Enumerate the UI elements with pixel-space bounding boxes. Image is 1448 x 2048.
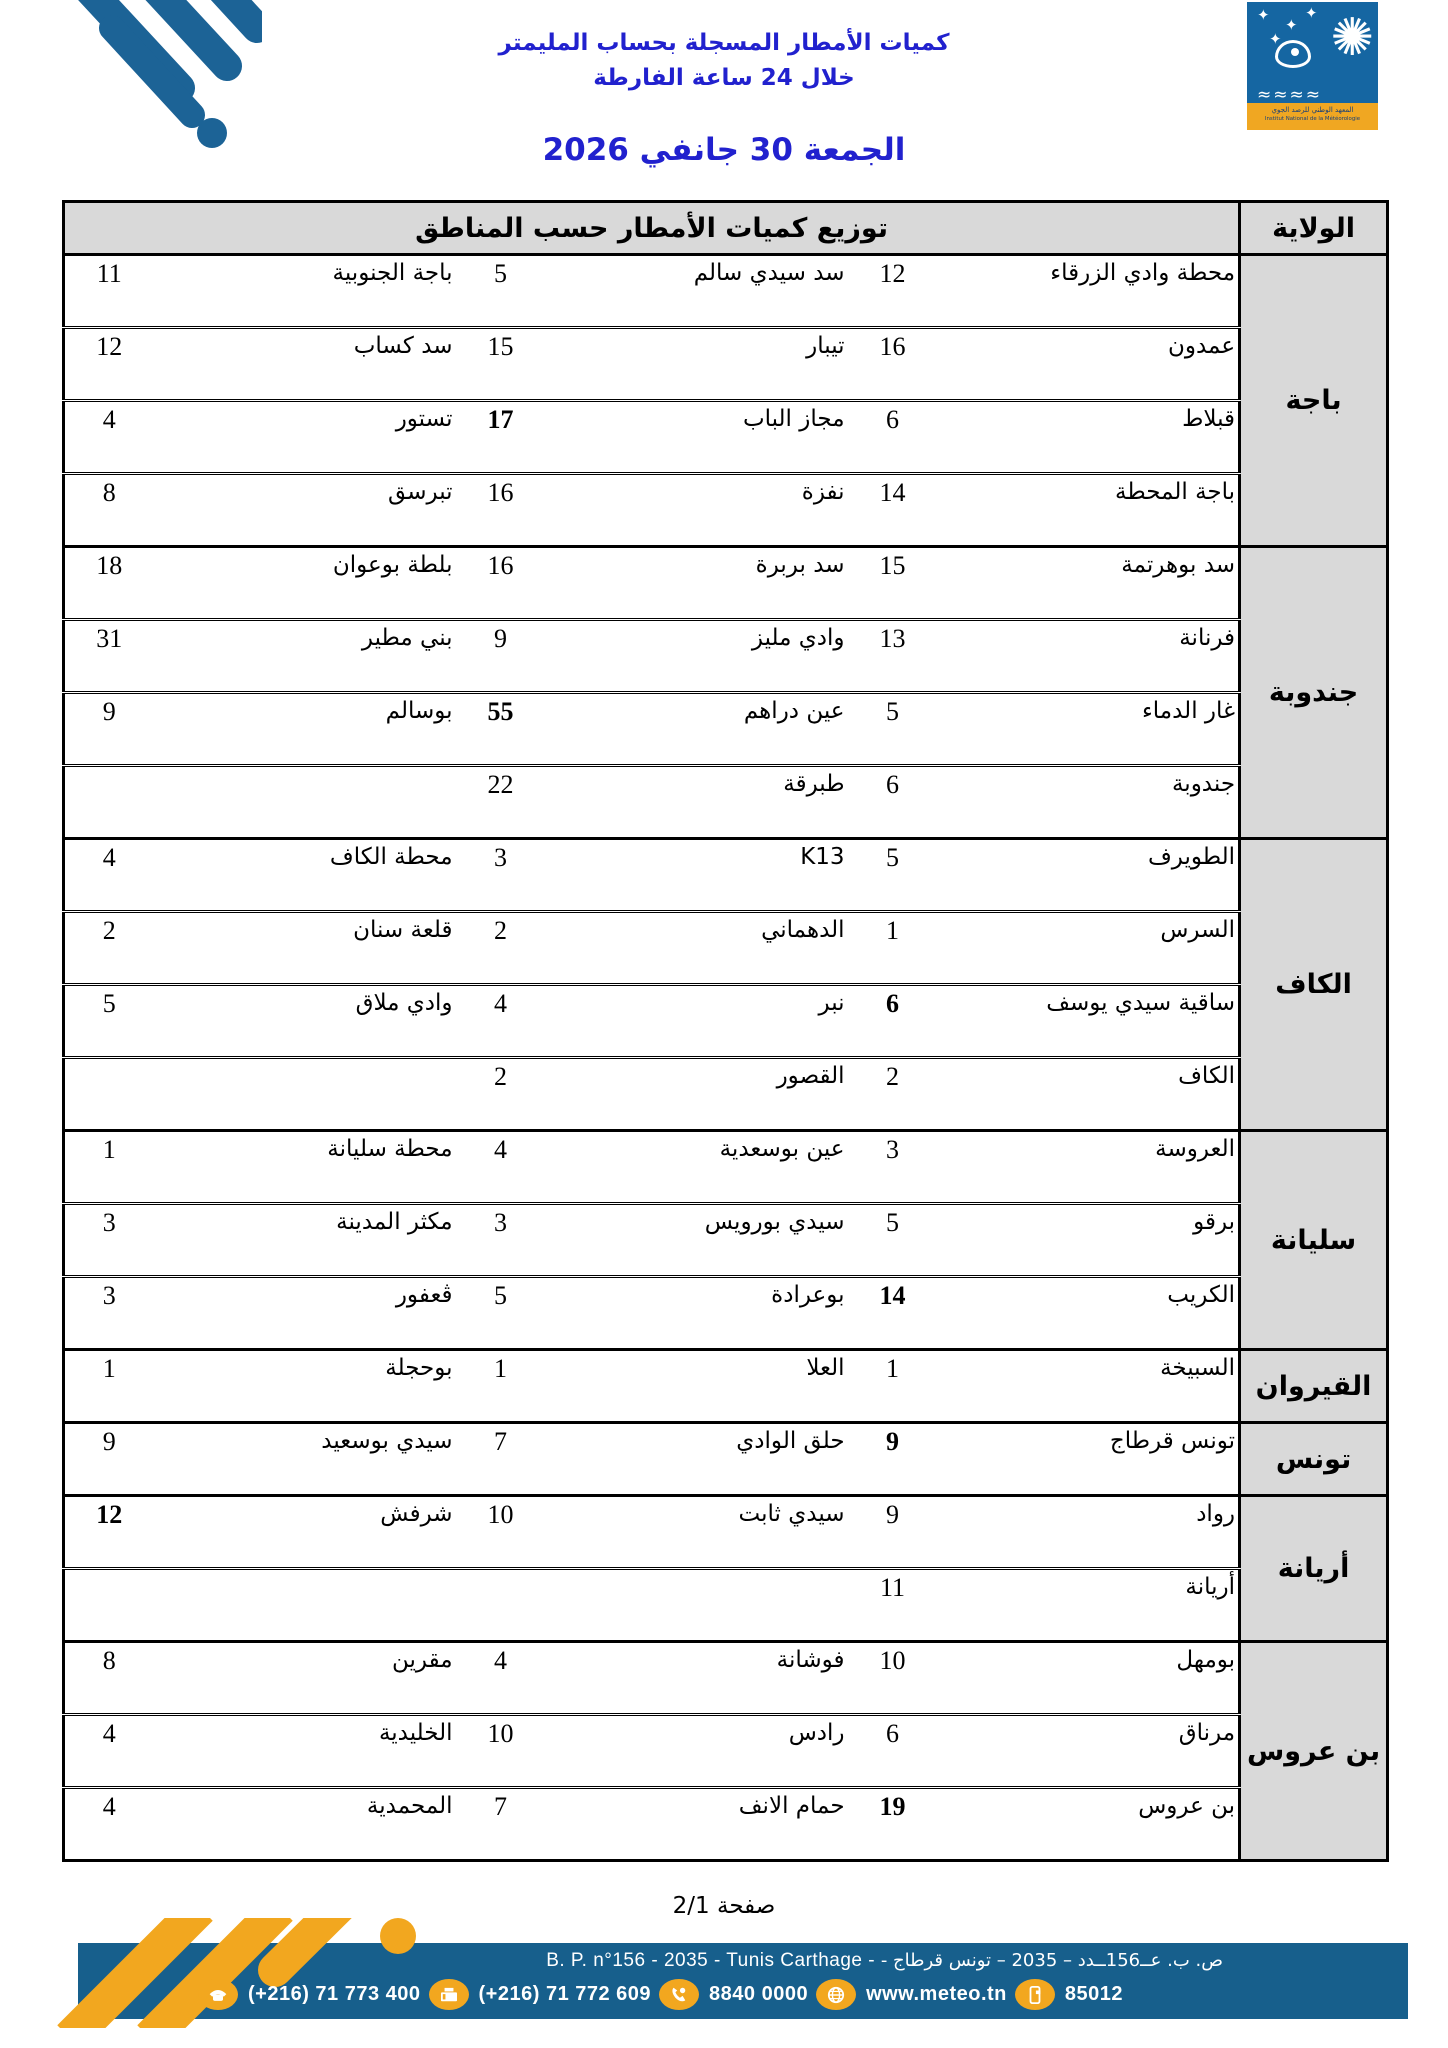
rainfall-value-cell: 18 [64,547,154,620]
rainfall-value-cell: 1 [456,1350,546,1423]
station-name-cell: قبلاط [938,401,1240,474]
rainfall-value-cell: 16 [456,474,546,547]
table-row: تونستونس قرطاج9حلق الوادي7سيدي بوسعيد9 [64,1423,1388,1496]
station-name-cell: باجة المحطة [938,474,1240,547]
station-name-cell: سد بوهرتمة [938,547,1240,620]
rainfall-value-cell [64,1058,154,1131]
rainfall-value-cell: 8 [64,474,154,547]
station-name-cell: بوعرادة [546,1277,848,1350]
station-name-cell [154,1569,456,1642]
station-name-cell: القصور [546,1058,848,1131]
wilaya-cell: سليانة [1240,1131,1388,1350]
wilaya-cell: أريانة [1240,1496,1388,1642]
inm-name-french: Institut National de la Météorologie [1254,115,1372,121]
inm-logo-emblem: ✺ ✦ ✦ ✦ ✦ ≈≈≈≈ [1247,2,1378,103]
table-row: عمدون16تيبار15سد كساب12 [64,328,1388,401]
footer-contact-label: (+216) 71 772 609 [479,1983,652,2006]
station-name-cell: بن عروس [938,1788,1240,1861]
rainfall-value-cell: 3 [848,1131,938,1204]
footer-contacts: (+216) 71 773 400(+216) 71 772 6098840 0… [198,1979,1123,2010]
rainfall-value-cell: 16 [456,547,546,620]
station-name-cell: نفزة [546,474,848,547]
waves-icon: ≈≈≈≈ [1257,85,1322,103]
rainfall-value-cell: 10 [456,1715,546,1788]
rainfall-value-cell: 55 [456,693,546,766]
rainfall-value-cell: 4 [456,1131,546,1204]
table-row: الكافالطويرف5K133محطة الكاف4 [64,839,1388,912]
wilaya-cell: تونس [1240,1423,1388,1496]
station-name-cell: الطويرف [938,839,1240,912]
document-date: الجمعة 30 جانفي 2026 [0,132,1448,168]
station-name-cell: ڨعفور [154,1277,456,1350]
rainfall-value-cell: 22 [456,766,546,839]
rainfall-value-cell: 3 [64,1277,154,1350]
rainfall-value-cell: 3 [64,1204,154,1277]
wilaya-cell: الكاف [1240,839,1388,1131]
rainfall-value-cell: 5 [848,839,938,912]
footer-stripes-decoration [40,1918,480,2028]
station-name-cell [154,766,456,839]
station-name-cell: الدهماني [546,912,848,985]
rainfall-value-cell: 8 [64,1642,154,1715]
star-icon: ✦ [1257,6,1270,24]
station-name-cell: تبرسق [154,474,456,547]
footer-address-arabic: ص. ب. عــ156ــدد – 2035 – تونس قرطاج - [881,1950,1223,1971]
title-line1: كميات الأمطار المسجلة بحساب المليمتر [0,26,1448,61]
station-name-cell: السبيخة [938,1350,1240,1423]
station-name-cell: بومهل [938,1642,1240,1715]
station-name-cell: مقرين [154,1642,456,1715]
rainfall-value-cell: 6 [848,401,938,474]
table-row: جندوبة6طبرقة22 [64,766,1388,839]
station-name-cell: بلطة بوعوان [154,547,456,620]
station-name-cell: حلق الوادي [546,1423,848,1496]
call-icon [659,1979,699,2010]
document-title: كميات الأمطار المسجلة بحساب المليمتر خلا… [0,26,1448,96]
inm-logo: ✺ ✦ ✦ ✦ ✦ ≈≈≈≈ المعهد الوطني للرصد الجوي… [1247,2,1378,130]
footer-contact-label: 85012 [1065,1983,1123,2006]
rainfall-value-cell: 6 [848,1715,938,1788]
station-name-cell: قلعة سنان [154,912,456,985]
station-name-cell: محطة سليانة [154,1131,456,1204]
station-name-cell: ساقية سيدي يوسف [938,985,1240,1058]
table-header-row: الولاية توزيع كميات الأمطار حسب المناطق [64,202,1388,255]
footer-contact-item: 85012 [1015,1979,1123,2010]
globe-icon [816,1979,856,2010]
table-row: بن عروس19حمام الانف7المحمدية4 [64,1788,1388,1861]
station-name-cell: مرناق [938,1715,1240,1788]
star-icon: ✦ [1285,16,1298,34]
footer-contact-label: 8840 0000 [709,1983,808,2006]
rainfall-value-cell: 13 [848,620,938,693]
station-name-cell: فرنانة [938,620,1240,693]
station-name-cell: سيدي ثابت [546,1496,848,1569]
rainfall-value-cell: 2 [456,1058,546,1131]
sun-swirl-dot [1291,48,1299,56]
rainfall-value-cell: 1 [64,1350,154,1423]
footer-contact-item: www.meteo.tn [816,1979,1007,2010]
rainfall-value-cell: 19 [848,1788,938,1861]
station-name-cell: الكريب [938,1277,1240,1350]
station-name-cell: وادي مليز [546,620,848,693]
rainfall-table-body: باجةمحطة وادي الزرقاء12سد سيدي سالم5باجة… [64,255,1388,1861]
table-row: سليانةالعروسة3عين بوسعدية4محطة سليانة1 [64,1131,1388,1204]
rainfall-table: الولاية توزيع كميات الأمطار حسب المناطق … [62,200,1389,1862]
station-name-cell: محطة وادي الزرقاء [938,255,1240,328]
footer-address: B. P. n°156 - 2035 - Tunis Carthage - ص.… [546,1950,1223,1972]
rainfall-value-cell: 9 [64,1423,154,1496]
rainfall-value-cell: 5 [456,255,546,328]
station-name-cell [546,1569,848,1642]
rainfall-value-cell: 3 [456,1204,546,1277]
rainfall-value-cell: 16 [848,328,938,401]
station-name-cell: تيبار [546,328,848,401]
rainfall-value-cell: 2 [456,912,546,985]
station-name-cell: سيدي بورويس [546,1204,848,1277]
rainfall-value-cell: 9 [848,1496,938,1569]
station-name-cell: أريانة [938,1569,1240,1642]
station-name-cell: رادس [546,1715,848,1788]
rainfall-value-cell: 5 [456,1277,546,1350]
rainfall-value-cell: 2 [848,1058,938,1131]
rainfall-value-cell: 15 [456,328,546,401]
rainfall-value-cell: 9 [456,620,546,693]
footer-contact-item: (+216) 71 773 400 [198,1979,421,2010]
table-row: أريانة11 [64,1569,1388,1642]
footer-contact-item: 8840 0000 [659,1979,808,2010]
title-line2: خلال 24 ساعة الفارطة [0,61,1448,96]
inm-name-arabic: المعهد الوطني للرصد الجوي [1247,103,1378,115]
rainfall-value-cell: 4 [456,985,546,1058]
rainfall-value-cell: 10 [456,1496,546,1569]
rainfall-value-cell: 10 [848,1642,938,1715]
table-row: ساقية سيدي يوسف6نبر4وادي ملاق5 [64,985,1388,1058]
table-row: الكاف2القصور2 [64,1058,1388,1131]
rainfall-value-cell: 7 [456,1423,546,1496]
star-icon: ✦ [1305,4,1318,22]
footer-address-latin: B. P. n°156 - 2035 - Tunis Carthage - [546,1950,875,1971]
table-row: أريانةرواد9سيدي ثابت10شرفش12 [64,1496,1388,1569]
station-name-cell: رواد [938,1496,1240,1569]
wilaya-cell: جندوبة [1240,547,1388,839]
rainfall-value-cell: 4 [456,1642,546,1715]
station-name-cell [154,1058,456,1131]
table-row: باجةمحطة وادي الزرقاء12سد سيدي سالم5باجة… [64,255,1388,328]
station-name-cell: عمدون [938,328,1240,401]
rainfall-value-cell: 5 [848,693,938,766]
station-name-cell: عين دراهم [546,693,848,766]
rainfall-value-cell: 12 [64,328,154,401]
distribution-column-header: توزيع كميات الأمطار حسب المناطق [64,202,1240,255]
rainfall-value-cell: 6 [848,766,938,839]
station-name-cell: شرفش [154,1496,456,1569]
table-row: قبلاط6مجاز الباب17تستور4 [64,401,1388,474]
station-name-cell: نبر [546,985,848,1058]
station-name-cell: مجاز الباب [546,401,848,474]
rainfall-value-cell: 4 [64,401,154,474]
station-name-cell: K13 [546,839,848,912]
station-name-cell: جندوبة [938,766,1240,839]
fax-icon [429,1979,469,2010]
table-row: السرس1الدهماني2قلعة سنان2 [64,912,1388,985]
table-row: بن عروسبومهل10فوشانة4مقرين8 [64,1642,1388,1715]
station-name-cell: فوشانة [546,1642,848,1715]
rainfall-value-cell [64,766,154,839]
rainfall-value-cell: 12 [64,1496,154,1569]
table-row: باجة المحطة14نفزة16تبرسق8 [64,474,1388,547]
station-name-cell: محطة الكاف [154,839,456,912]
rainfall-value-cell: 1 [848,1350,938,1423]
wilaya-cell: القيروان [1240,1350,1388,1423]
station-name-cell: الكاف [938,1058,1240,1131]
station-name-cell: العروسة [938,1131,1240,1204]
rainfall-value-cell: 31 [64,620,154,693]
station-name-cell: سد سيدي سالم [546,255,848,328]
station-name-cell: بني مطير [154,620,456,693]
inm-logo-band: المعهد الوطني للرصد الجوي Institut Natio… [1247,103,1378,130]
station-name-cell: بوسالم [154,693,456,766]
rainfall-value-cell: 1 [848,912,938,985]
table-row: مرناق6رادس10الخليدية4 [64,1715,1388,1788]
rainfall-value-cell: 6 [848,985,938,1058]
rainfall-value-cell: 4 [64,1715,154,1788]
mobile-icon [1015,1979,1055,2010]
station-name-cell: وادي ملاق [154,985,456,1058]
rainfall-value-cell: 15 [848,547,938,620]
station-name-cell: المحمدية [154,1788,456,1861]
rainfall-value-cell: 11 [848,1569,938,1642]
station-name-cell: سد بربرة [546,547,848,620]
station-name-cell: السرس [938,912,1240,985]
station-name-cell: تستور [154,401,456,474]
rainfall-value-cell: 17 [456,401,546,474]
wilaya-cell: باجة [1240,255,1388,547]
footer-contact-label: (+216) 71 773 400 [248,1983,421,2006]
station-name-cell: بوحجلة [154,1350,456,1423]
station-name-cell: باجة الجنوبية [154,255,456,328]
page-number: صفحة 2/1 [0,1893,1448,1919]
rainfall-value-cell: 5 [64,985,154,1058]
wilaya-column-header: الولاية [1240,202,1388,255]
rainfall-value-cell [64,1569,154,1642]
table-row: القيروانالسبيخة1العلا1بوحجلة1 [64,1350,1388,1423]
station-name-cell: العلا [546,1350,848,1423]
starburst-icon: ✺ [1330,18,1374,58]
station-name-cell: مكثر المدينة [154,1204,456,1277]
rainfall-value-cell [456,1569,546,1642]
footer-band: B. P. n°156 - 2035 - Tunis Carthage - ص.… [78,1943,1408,2019]
station-name-cell: سيدي بوسعيد [154,1423,456,1496]
table-row: غار الدماء5عين دراهم55بوسالم9 [64,693,1388,766]
phone-icon [198,1979,238,2010]
table-row: جندوبةسد بوهرتمة15سد بربرة16بلطة بوعوان1… [64,547,1388,620]
rainfall-value-cell: 4 [64,839,154,912]
station-name-cell: سد كساب [154,328,456,401]
rainfall-value-cell: 11 [64,255,154,328]
rainfall-value-cell: 9 [848,1423,938,1496]
rainfall-value-cell: 14 [848,1277,938,1350]
station-name-cell: برقو [938,1204,1240,1277]
rainfall-value-cell: 1 [64,1131,154,1204]
rainfall-value-cell: 14 [848,474,938,547]
station-name-cell: الخليدية [154,1715,456,1788]
station-name-cell: تونس قرطاج [938,1423,1240,1496]
footer-contact-item: (+216) 71 772 609 [429,1979,652,2010]
station-name-cell: غار الدماء [938,693,1240,766]
rainfall-value-cell: 4 [64,1788,154,1861]
rainfall-value-cell: 12 [848,255,938,328]
rainfall-value-cell: 5 [848,1204,938,1277]
table-row: الكريب14بوعرادة5ڨعفور3 [64,1277,1388,1350]
rainfall-value-cell: 2 [64,912,154,985]
table-row: برقو5سيدي بورويس3مكثر المدينة3 [64,1204,1388,1277]
station-name-cell: طبرقة [546,766,848,839]
station-name-cell: عين بوسعدية [546,1131,848,1204]
table-row: فرنانة13وادي مليز9بني مطير31 [64,620,1388,693]
rainfall-value-cell: 9 [64,693,154,766]
wilaya-cell: بن عروس [1240,1642,1388,1861]
footer-contact-label: www.meteo.tn [866,1983,1007,2006]
rainfall-value-cell: 3 [456,839,546,912]
station-name-cell: حمام الانف [546,1788,848,1861]
rainfall-value-cell: 7 [456,1788,546,1861]
